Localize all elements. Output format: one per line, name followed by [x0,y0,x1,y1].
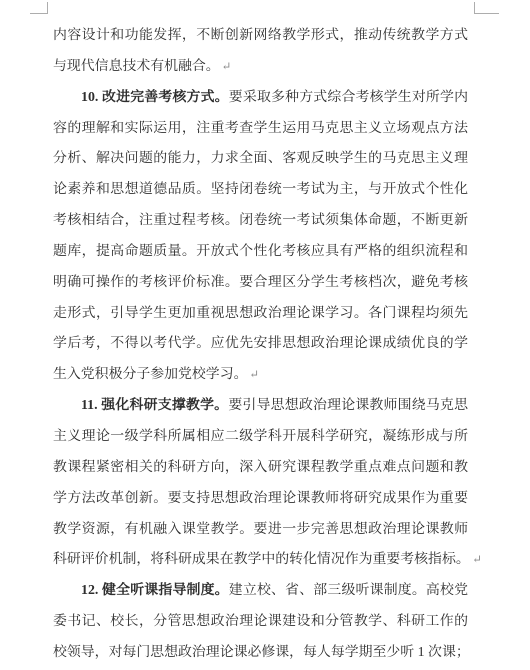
body-text-run: 明确可操作的考核评价标准。要合理区分学生考核档次，避免考核 [53,275,468,290]
body-text-run: 要采取多种方式综合考核学生对所学内 [229,90,468,105]
body-text-run: 校领导，对每门思想政治理论课必修课，每人每学期至少听 1 次课； [53,645,470,660]
text-line: 与现代信息技术有机融合。↵ [53,52,468,83]
margin-crop-mark-top-left [30,2,48,14]
word-document-page: 内容设计和功能发挥，不断创新网络教学形式，推动传统教学方式与现代信息技术有机融合… [0,0,530,670]
text-line: 论素养和思想道德品质。坚持闭卷统一考试为主，与开放式个性化 [53,175,468,206]
body-text-run: 分析、解决问题的能力，力求全面、客观反映学生的马克思主义理 [53,151,468,166]
text-line: 校领导，对每门思想政治理论课必修课，每人每学期至少听 1 次课； [53,638,468,669]
heading-text-run: 10. 改进完善考核方式。 [81,90,229,105]
heading-text-run: 12. 健全听课指导制度。 [81,583,229,598]
text-line: 11. 强化科研支撑教学。要引导思想政治理论课教师围绕马克思 [53,391,468,422]
body-text-run: 学方法改革创新。要支持思想政治理论课教师将研究成果作为重要 [53,491,468,506]
body-text-run: 建立校、省、部三级听课制度。高校党 [229,583,468,598]
paragraph-mark-icon: ↵ [472,545,482,576]
margin-crop-mark-top-right [474,2,499,14]
body-text-run: 考核相结合，注重过程考核。闭卷统一考试须集体命题，不断更新 [53,213,468,228]
document-text: 内容设计和功能发挥，不断创新网络教学形式，推动传统教学方式与现代信息技术有机融合… [53,21,468,669]
body-text-run: 教课程紧密相关的科研方向，深入研究课程教学重点难点问题和教 [53,460,468,475]
text-line: 教课程紧密相关的科研方向，深入研究课程教学重点难点问题和教 [53,453,468,484]
text-line: 12. 健全听课指导制度。建立校、省、部三级听课制度。高校党 [53,576,468,607]
body-text-run: 要引导思想政治理论课教师围绕马克思 [228,398,468,413]
text-line: 学后考，不得以考代学。应优先安排思想政治理论课成绩优良的学 [53,329,468,360]
body-text-run: 委书记、校长，分管思想政治理论课建设和分管教学、科研工作的 [53,614,468,629]
body-text-run: 教学资源，有机融入课堂教学。要进一步完善思想政治理论课教师 [53,522,468,537]
text-line: 学方法改革创新。要支持思想政治理论课教师将研究成果作为重要 [53,484,468,515]
body-text-run: 生入党积极分子参加党校学习。 [53,367,247,382]
body-text-run: 容的理解和实际运用，注重考查学生运用马克思主义立场观点方法 [53,121,468,136]
text-line: 委书记、校长，分管思想政治理论课建设和分管教学、科研工作的 [53,607,468,638]
text-line: 明确可操作的考核评价标准。要合理区分学生考核档次，避免考核 [53,268,468,299]
body-text-run: 内容设计和功能发挥，不断创新网络教学形式，推动传统教学方式 [53,28,468,43]
body-text-run: 科研评价机制，将科研成果在教学中的转化情况作为重要考核指标。 [53,552,470,567]
text-line: 生入党积极分子参加党校学习。↵ [53,360,468,391]
text-line: 题库，提高命题质量。开放式个性化考核应具有严格的组织流程和 [53,237,468,268]
paragraph-mark-icon: ↵ [247,369,259,381]
body-text-run: 题库，提高命题质量。开放式个性化考核应具有严格的组织流程和 [53,244,468,259]
body-text-run: 走形式，引导学生更加重视思想政治理论课学习。各门课程均须先 [53,306,468,321]
text-line: 科研评价机制，将科研成果在教学中的转化情况作为重要考核指标。↵ [53,545,468,576]
body-text-run: 论素养和思想道德品质。坚持闭卷统一考试为主，与开放式个性化 [53,182,468,197]
text-line: 10. 改进完善考核方式。要采取多种方式综合考核学生对所学内 [53,83,468,114]
body-text-run: 与现代信息技术有机融合。 [53,59,220,74]
paragraph-mark-icon: ↵ [220,61,232,73]
text-line: 容的理解和实际运用，注重考查学生运用马克思主义立场观点方法 [53,114,468,145]
text-line: 主义理论一级学科所属相应二级学科开展科学研究，凝练形成与所 [53,422,468,453]
heading-text-run: 11. 强化科研支撑教学。 [81,398,228,413]
text-line: 内容设计和功能发挥，不断创新网络教学形式，推动传统教学方式 [53,21,468,52]
text-line: 分析、解决问题的能力，力求全面、客观反映学生的马克思主义理 [53,144,468,175]
body-text-run: 学后考，不得以考代学。应优先安排思想政治理论课成绩优良的学 [53,336,468,351]
text-line: 教学资源，有机融入课堂教学。要进一步完善思想政治理论课教师 [53,515,468,546]
body-text-run: 主义理论一级学科所属相应二级学科开展科学研究，凝练形成与所 [53,429,468,444]
text-line: 走形式，引导学生更加重视思想政治理论课学习。各门课程均须先 [53,299,468,330]
text-line: 考核相结合，注重过程考核。闭卷统一考试须集体命题，不断更新 [53,206,468,237]
